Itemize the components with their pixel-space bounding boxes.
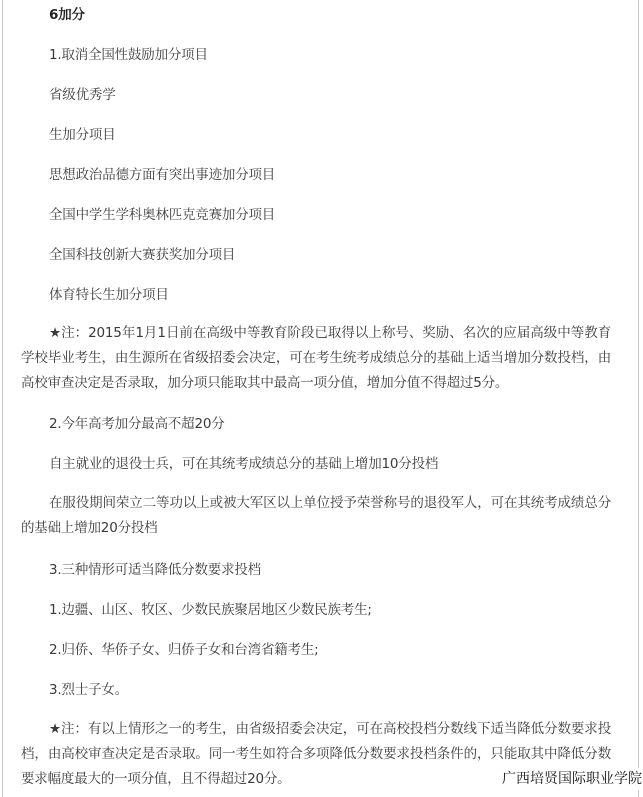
part2-item: 自主就业的退役士兵，可在其统考成绩总分的基础上增加10分投档	[49, 451, 438, 477]
part3-item: 1.边疆、山区、牧区、少数民族聚居地区少数民族考生;	[49, 597, 372, 623]
part1-item: 生加分项目	[49, 122, 116, 148]
part1-heading: 1.取消全国性鼓励加分项目	[49, 42, 208, 68]
part2-item: 在服役期间荣立二等功以上或被大军区以上单位授予荣誉称号的退役军人，可在其统考成绩…	[21, 491, 611, 541]
part1-item: 体育特长生加分项目	[49, 282, 169, 308]
part2-heading: 2.今年高考加分最高不超20分	[49, 411, 225, 437]
part1-item: 思想政治品德方面有突出事迹加分项目	[49, 162, 275, 188]
section-title: 6加分	[49, 2, 85, 28]
part3-item: 2.归侨、华侨子女、归侨子女和台湾省籍考生;	[49, 637, 319, 663]
watermark: 广西培贤国际职业学院	[498, 768, 643, 790]
part3-item: 3.烈士子女。	[49, 677, 128, 703]
part1-item: 省级优秀学	[49, 82, 116, 108]
part1-item: 全国科技创新大赛获奖加分项目	[49, 242, 235, 268]
part1-item: 全国中学生学科奥林匹克竞赛加分项目	[49, 202, 275, 228]
part3-heading: 3.三种情形可适当降低分数要求投档	[49, 557, 261, 583]
part1-note: ★注：2015年1月1日前在高级中等教育阶段已取得以上称号、奖励、名次的应届高级…	[21, 321, 611, 396]
